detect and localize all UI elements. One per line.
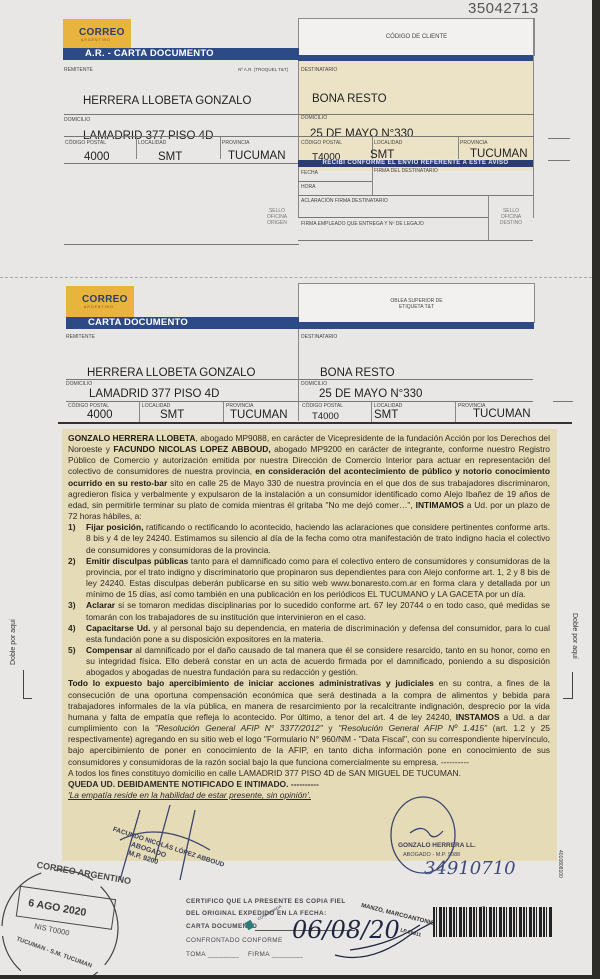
correo-argentino-logo: CORREO ARGENTINO — [63, 19, 131, 50]
demand-item: 5)Compensar al damnificado por el daño c… — [68, 645, 550, 678]
cd-sender-address: LAMADRID 377 PISO 4D — [89, 388, 219, 400]
letter-body: GONZALO HERRERA LLOBETA, abogado MP9088,… — [68, 433, 550, 801]
domicile-statement: A todos los fines constituyo domicilio e… — [68, 768, 550, 779]
receipt-banner: RECIBI CONFORME EL ENVIO REFERENTE A EST… — [298, 160, 533, 167]
fold-label-left: Doble por aquí — [10, 619, 17, 665]
tear-line — [0, 277, 592, 278]
client-code-box: CÓDIGO DE CLIENTE — [298, 18, 535, 56]
demand-item: 1)Fijar posición, ratificando o rectific… — [68, 522, 550, 555]
correo-argentino-logo: CORREO ARGENTINO — [66, 286, 134, 317]
oblea-box: OBLEA SUPERIOR DE ETIQUETA T&T — [298, 283, 535, 323]
notified-statement: QUEDA UD. DEBIDAMENTE NOTIFICADO E INTIM… — [68, 779, 550, 790]
cd-sender-name: HERRERA LLOBETA GONZALO — [87, 367, 256, 379]
cd-title-bar: CARTA DOCUMENTO — [66, 317, 299, 329]
demand-item: 2)Emitir disculpas públicas tanto para e… — [68, 556, 550, 601]
demand-item: 3)Aclarar si se tomaron medidas discipli… — [68, 600, 550, 622]
sender-name: HERRERA LLOBETA GONZALO — [83, 95, 252, 107]
side-code: 4010808100 — [557, 850, 563, 878]
letter-intro: GONZALO HERRERA LLOBETA, abogado MP9088,… — [68, 433, 550, 522]
demand-item: 4)Capacitarse Ud. y al personal bajo su … — [68, 623, 550, 645]
ar-title-bar: A.R. - CARTA DOCUMENTO — [63, 48, 299, 60]
cd-recipient-name: BONA RESTO — [320, 367, 395, 379]
demand-list: 1)Fijar posición, ratificando o rectific… — [68, 522, 550, 678]
carta-documento-page: 35042713 CORREO ARGENTINO CÓDIGO DE CLIE… — [0, 0, 592, 975]
serial-number: 35042713 — [468, 0, 539, 17]
sello-destino: SELLO OFICINA DESTINO — [494, 208, 528, 226]
sello-origen: SELLO OFICINA ORIGEN — [262, 208, 292, 226]
barcode — [433, 907, 553, 937]
recipient-name: BONA RESTO — [312, 93, 387, 105]
right-lawyer-stamp: GONZALO HERRERA LL. — [398, 842, 476, 849]
handwritten-number: 34910710 — [424, 858, 516, 879]
letter-closing: Todo lo expuesto bajo apercibimiento de … — [68, 678, 550, 767]
recipient-address: 25 DE MAYO N°330 — [310, 128, 413, 140]
fold-label-right: Doble por aquí — [571, 613, 578, 659]
cd-recipient-address: 25 DE MAYO N°330 — [319, 388, 422, 400]
